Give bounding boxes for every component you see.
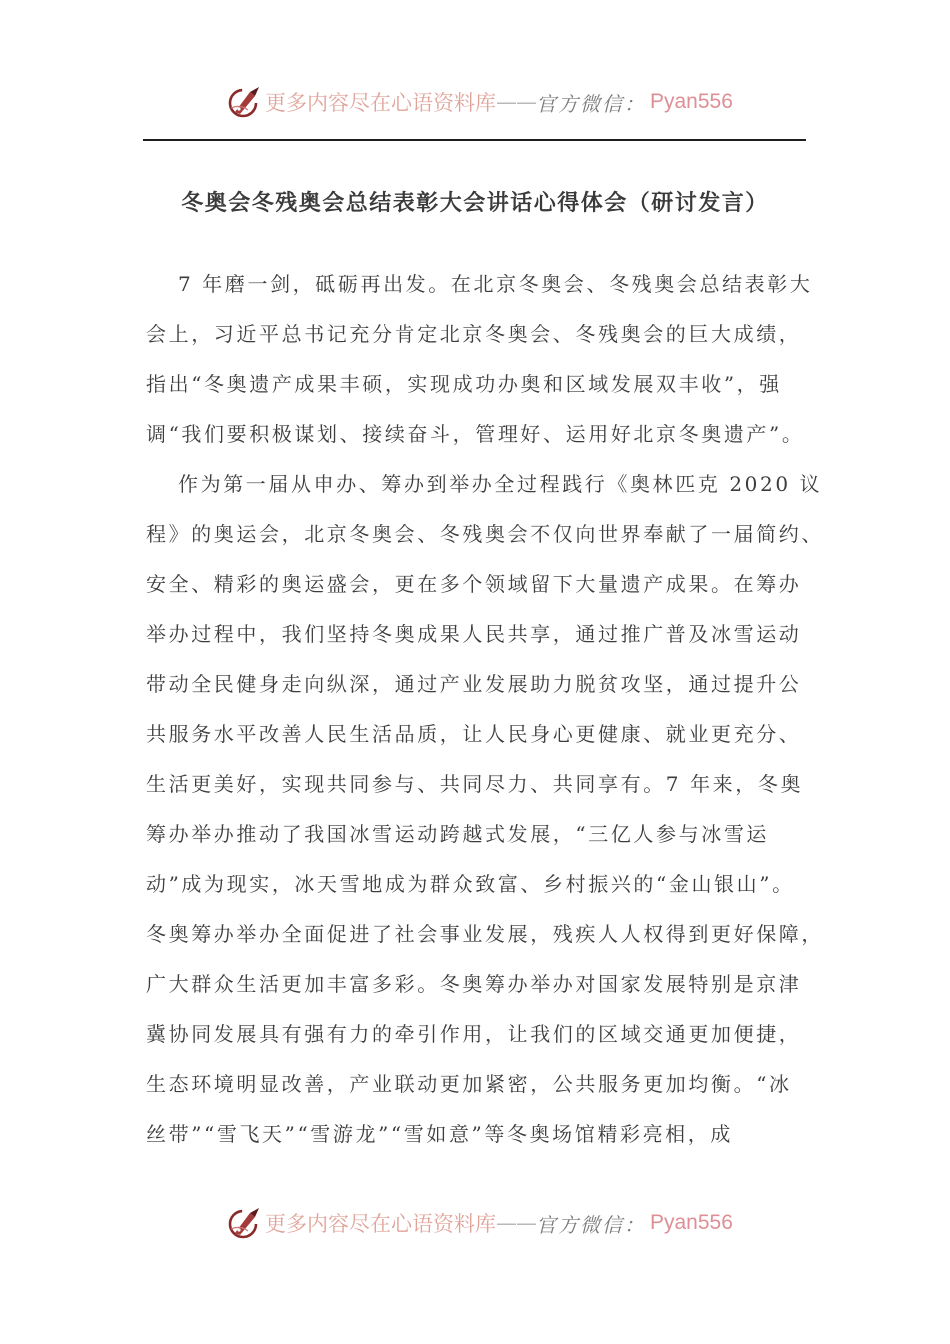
text-line: 会上，习近平总书记充分肯定北京冬奥会、冬残奥会的巨大成绩， [146, 316, 808, 366]
header-divider [143, 139, 806, 141]
text-line: 丝带”“雪飞天”“雪游龙”“雪如意”等冬奥场馆精彩亮相，成 [146, 1116, 808, 1166]
text-line: 动”成为现实，冰天雪地成为群众致富、乡村振兴的“金山银山”。 [146, 866, 808, 916]
text-line: 生活更美好，实现共同参与、共同尽力、共同享有。7 年来，冬奥 [146, 766, 808, 816]
watermark-site-text: 更多内容尽在心语资料库 [265, 1208, 496, 1238]
watermark-wechat-label: 官方微信： [536, 88, 646, 117]
document-title: 冬奥会冬残奥会总结表彰大会讲话心得体会（研讨发言） [140, 186, 810, 217]
watermark-wechat-id: Pyan556 [650, 1211, 733, 1235]
text-line: 指出“冬奥遗产成果丰硕，实现成功办奥和区域发展双丰收”，强 [146, 366, 808, 416]
text-line: 广大群众生活更加丰富多彩。冬奥筹办举办对国家发展特别是京津 [146, 966, 808, 1016]
text-line: 程》的奥运会，北京冬奥会、冬残奥会不仅向世界奉献了一届简约、 [146, 516, 808, 566]
watermark-site-text: 更多内容尽在心语资料库 [265, 87, 496, 117]
page-footer-watermark: 更多内容尽在心语资料库 —— 官方微信： Pyan556 [226, 1203, 733, 1243]
text-line: 冀协同发展具有强有力的牵引作用，让我们的区域交通更加便捷， [146, 1016, 808, 1066]
text-line: 冬奥筹办举办全面促进了社会事业发展，残疾人人权得到更好保障， [146, 916, 808, 966]
quill-pen-logo-icon [226, 84, 262, 120]
text-line: 举办过程中，我们坚持冬奥成果人民共享，通过推广普及冰雪运动 [146, 616, 808, 666]
text-line: 共服务水平改善人民生活品质，让人民身心更健康、就业更充分、 [146, 716, 808, 766]
quill-pen-logo-icon [226, 1205, 262, 1241]
text-line: 7 年磨一剑，砥砺再出发。在北京冬奥会、冬残奥会总结表彰大 [146, 266, 808, 316]
watermark-dash: —— [496, 1211, 536, 1235]
text-line: 作为第一届从申办、筹办到举办全过程践行《奥林匹克 2020 议 [146, 466, 808, 516]
text-line: 筹办举办推动了我国冰雪运动跨越式发展，“三亿人参与冰雪运 [146, 816, 808, 866]
text-line: 带动全民健身走向纵深，通过产业发展助力脱贫攻坚，通过提升公 [146, 666, 808, 716]
watermark-dash: —— [496, 90, 536, 114]
watermark-wechat-label: 官方微信： [536, 1209, 646, 1238]
document-body: 7 年磨一剑，砥砺再出发。在北京冬奥会、冬残奥会总结表彰大 会上，习近平总书记充… [146, 266, 808, 1166]
page-header-watermark: 更多内容尽在心语资料库 —— 官方微信： Pyan556 [226, 82, 733, 122]
watermark-wechat-id: Pyan556 [650, 90, 733, 114]
text-line: 生态环境明显改善，产业联动更加紧密，公共服务更加均衡。“冰 [146, 1066, 808, 1116]
text-line: 调“我们要积极谋划、接续奋斗，管理好、运用好北京冬奥遗产”。 [146, 416, 808, 466]
text-line: 安全、精彩的奥运盛会，更在多个领域留下大量遗产成果。在筹办 [146, 566, 808, 616]
